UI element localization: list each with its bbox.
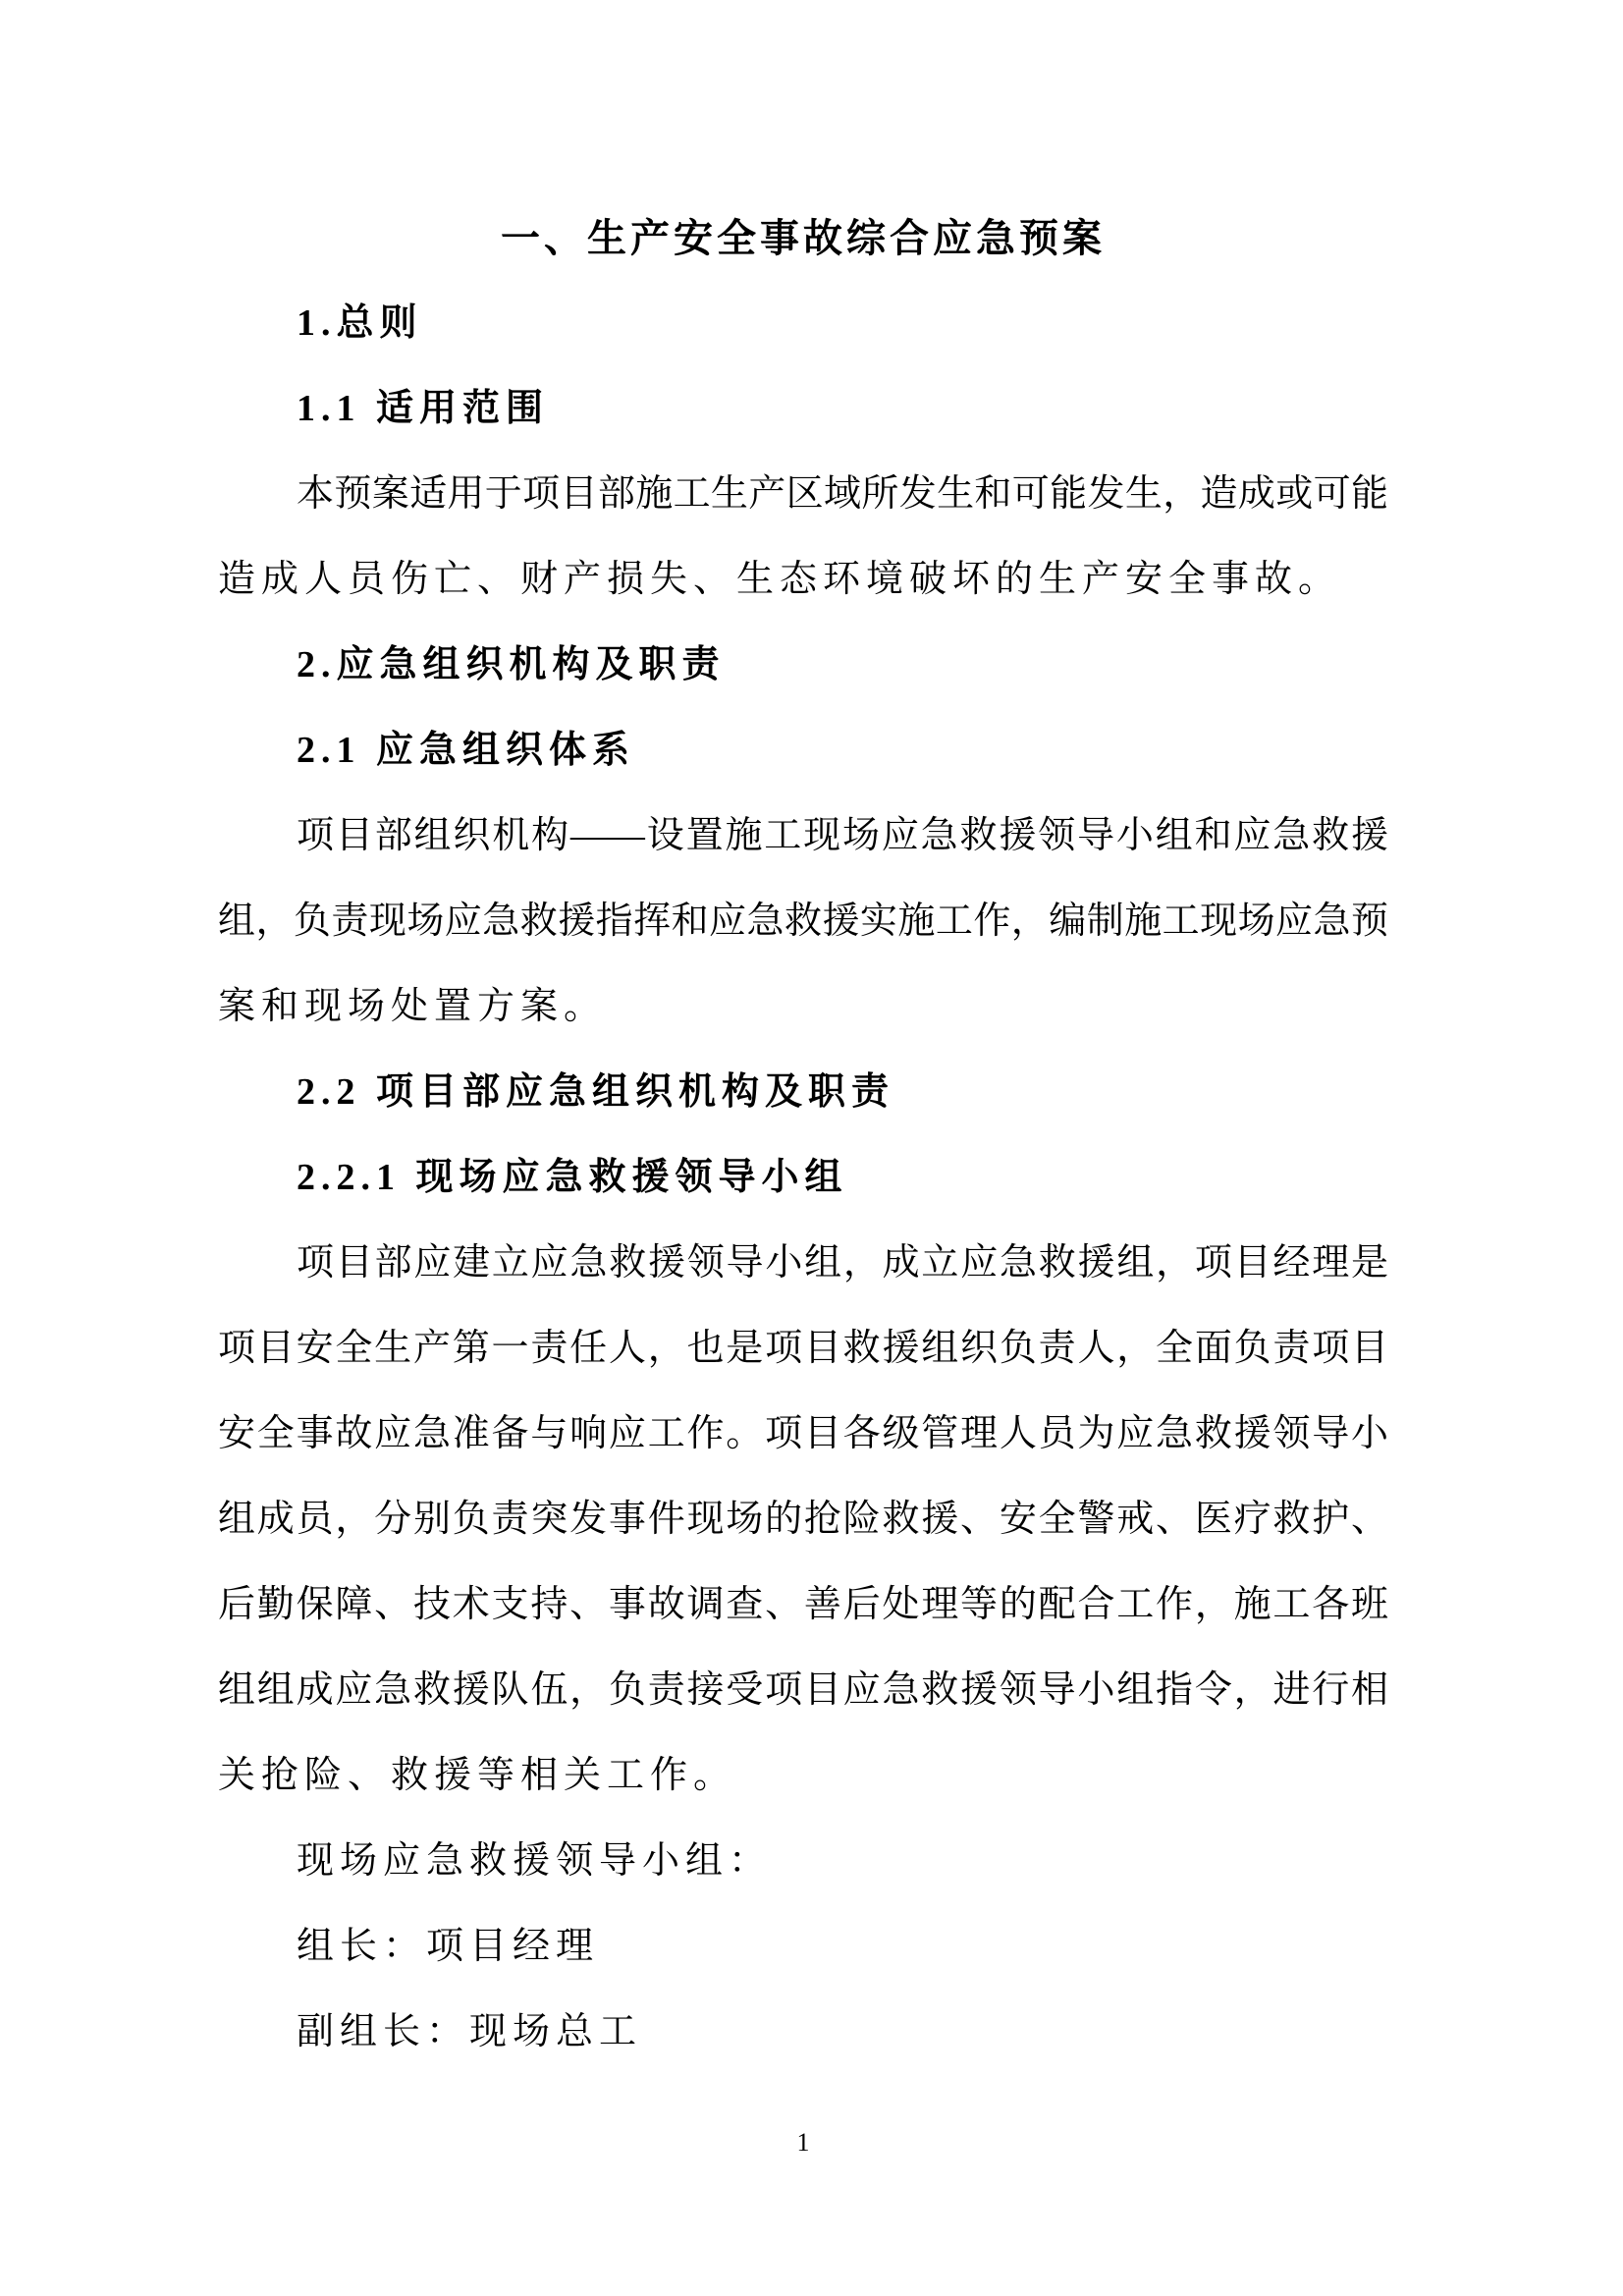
paragraph-line: 组组成应急救援队伍，负责接受项目应急救援领导小组指令，进行相 <box>218 1648 1388 1733</box>
page-number: 1 <box>218 2123 1388 2162</box>
paragraph-line: 组长：项目经理 <box>218 1904 1388 1990</box>
section-heading: 2.2.1 现场应急救援领导小组 <box>218 1135 1388 1221</box>
paragraph-line: 项目部应建立应急救援领导小组，成立应急救援组，项目经理是 <box>218 1221 1388 1306</box>
paragraph-line: 项目部组织机构——设置施工现场应急救援领导小组和应急救援 <box>218 793 1388 879</box>
document-page: 一、生产安全事故综合应急预案 1.总则 1.1 适用范围 本预案适用于项目部施工… <box>0 0 1623 2296</box>
paragraph-line: 案和现场处置方案。 <box>218 964 1388 1050</box>
paragraph-line: 后勤保障、技术支持、事故调查、善后处理等的配合工作，施工各班 <box>218 1562 1388 1648</box>
section-heading: 1.总则 <box>218 281 1388 366</box>
paragraph-line: 安全事故应急准备与响应工作。项目各级管理人员为应急救援领导小 <box>218 1392 1388 1477</box>
doc-title: 一、生产安全事故综合应急预案 <box>218 195 1388 281</box>
paragraph-line: 现场应急救援领导小组： <box>218 1819 1388 1904</box>
paragraph-line: 项目安全生产第一责任人，也是项目救援组织负责人，全面负责项目 <box>218 1306 1388 1392</box>
paragraph-line: 组成员，分别负责突发事件现场的抢险救援、安全警戒、医疗救护、 <box>218 1477 1388 1562</box>
document-text-column: 一、生产安全事故综合应急预案 1.总则 1.1 适用范围 本预案适用于项目部施工… <box>218 195 1388 2075</box>
paragraph-line: 本预案适用于项目部施工生产区域所发生和可能发生，造成或可能 <box>218 452 1388 537</box>
paragraph-line: 组，负责现场应急救援指挥和应急救援实施工作，编制施工现场应急预 <box>218 879 1388 964</box>
paragraph-line: 副组长：现场总工 <box>218 1990 1388 2075</box>
paragraph-line: 关抢险、救援等相关工作。 <box>218 1733 1388 1819</box>
paragraph-line: 造成人员伤亡、财产损失、生态环境破坏的生产安全事故。 <box>218 537 1388 623</box>
section-heading: 1.1 适用范围 <box>218 366 1388 452</box>
section-heading: 2.应急组织机构及职责 <box>218 623 1388 708</box>
section-heading: 2.1 应急组织体系 <box>218 708 1388 793</box>
section-heading: 2.2 项目部应急组织机构及职责 <box>218 1050 1388 1135</box>
